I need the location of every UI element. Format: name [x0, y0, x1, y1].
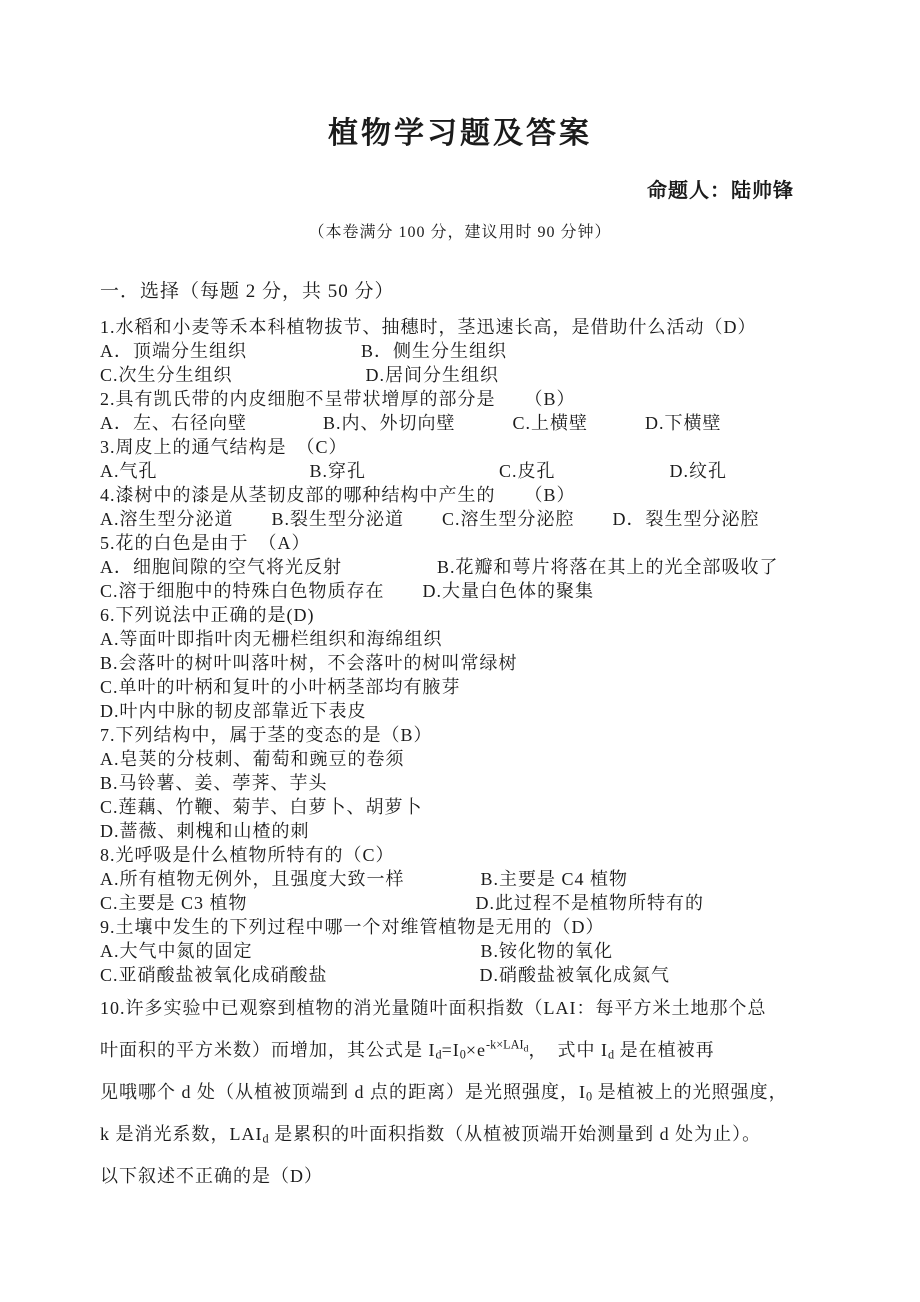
question-line: 3.周皮上的通气结构是 （C） [100, 435, 820, 459]
question-line: A．左、右径向壁 B.内、外切向壁 C.上横壁 D.下横壁 [100, 411, 820, 435]
question-line: A.皂荚的分枝刺、葡萄和豌豆的卷须 [100, 747, 820, 771]
question-line: B.会落叶的树叶叫落叶树，不会落叶的树叫常绿树 [100, 651, 820, 675]
question-10-line: 叶面积的平方米数）而增加，其公式是 Id=I0×e-k×LAId， 式中 Id … [100, 1029, 820, 1071]
question-line: 4.漆树中的漆是从茎韧皮部的哪种结构中产生的 （B） [100, 483, 820, 507]
question-line: C.亚硝酸盐被氧化成硝酸盐 D.硝酸盐被氧化成氮气 [100, 963, 820, 987]
document-title: 植物学习题及答案 [100, 108, 820, 152]
document-page: 植物学习题及答案 命题人：陆帅锋 （本卷满分 100 分，建议用时 90 分钟）… [0, 0, 920, 1302]
question-line: B.马铃薯、姜、荸荠、芋头 [100, 771, 820, 795]
question-10-paragraph: 10.许多实验中已观察到植物的消光量随叶面积指数（LAI：每平方米土地那个总叶面… [100, 987, 820, 1197]
question-line: 5.花的白色是由于 （A） [100, 531, 820, 555]
question-line: D.叶内中脉的韧皮部靠近下表皮 [100, 699, 820, 723]
question-line: A.所有植物无例外，且强度大致一样 B.主要是 C4 植物 [100, 867, 820, 891]
question-line: 1.水稻和小麦等禾本科植物拔节、抽穗时，茎迅速长高，是借助什么活动（D） [100, 315, 820, 339]
question-line: C.单叶的叶柄和复叶的小叶柄茎部均有腋芽 [100, 675, 820, 699]
question-line: A.大气中氮的固定 B.铵化物的氧化 [100, 939, 820, 963]
question-line: C.次生分生组织 D.居间分生组织 [100, 363, 820, 387]
question-line: 9.土壤中发生的下列过程中哪一个对维管植物是无用的（D） [100, 915, 820, 939]
exam-author-line: 命题人：陆帅锋 [100, 174, 820, 203]
question-line: C.主要是 C3 植物 D.此过程不是植物所特有的 [100, 891, 820, 915]
question-10-line: k 是消光系数，LAId 是累积的叶面积指数（从植被顶端开始测量到 d 处为止）… [100, 1113, 820, 1155]
exam-info-line: （本卷满分 100 分，建议用时 90 分钟） [100, 219, 820, 242]
question-lines: 1.水稻和小麦等禾本科植物拔节、抽穗时，茎迅速长高，是借助什么活动（D）A．顶端… [100, 315, 820, 987]
question-line: 7.下列结构中，属于茎的变态的是（B） [100, 723, 820, 747]
question-line: 8.光呼吸是什么植物所特有的（C） [100, 843, 820, 867]
question-line: 2.具有凯氏带的内皮细胞不呈带状增厚的部分是 （B） [100, 387, 820, 411]
question-line: C.溶于细胞中的特殊白色物质存在 D.大量白色体的聚集 [100, 579, 820, 603]
question-10-line: 10.许多实验中已观察到植物的消光量随叶面积指数（LAI：每平方米土地那个总 [100, 987, 820, 1029]
question-line: A.气孔 B.穿孔 C.皮孔 D.纹孔 [100, 459, 820, 483]
question-line: C.莲藕、竹鞭、菊芋、白萝卜、胡萝卜 [100, 795, 820, 819]
question-line: A．细胞间隙的空气将光反射 B.花瓣和萼片将落在其上的光全部吸收了 [100, 555, 820, 579]
question-line: D.蔷薇、刺槐和山楂的刺 [100, 819, 820, 843]
question-line: A.等面叶即指叶肉无栅栏组织和海绵组织 [100, 627, 820, 651]
question-line: A.溶生型分泌道 B.裂生型分泌道 C.溶生型分泌腔 D．裂生型分泌腔 [100, 507, 820, 531]
section-heading: 一．选择（每题 2 分，共 50 分） [100, 276, 820, 303]
question-line: 6.下列说法中正确的是(D) [100, 603, 820, 627]
question-line: A．顶端分生组织 B．侧生分生组织 [100, 339, 820, 363]
question-10-line: 以下叙述不正确的是（D） [100, 1155, 820, 1197]
question-10-line: 见哦哪个 d 处（从植被顶端到 d 点的距离）是光照强度，I0 是植被上的光照强… [100, 1071, 820, 1113]
